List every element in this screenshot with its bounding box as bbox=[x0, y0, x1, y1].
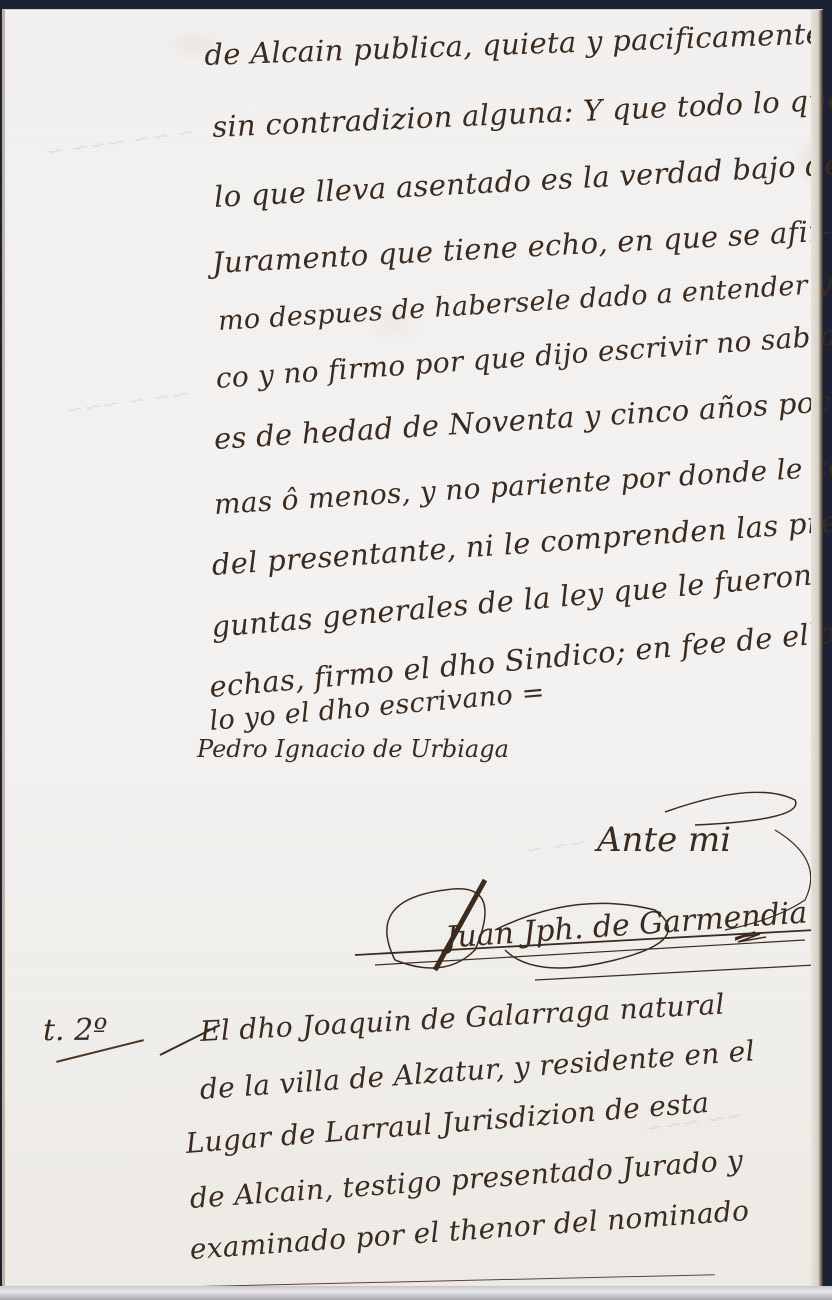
text-line: lo que lleva asentado es la verdad bajo … bbox=[213, 147, 832, 214]
bleed-through: ~ ~~ ~~~ ~ bbox=[44, 120, 196, 166]
notary-signature-block: Ante mi Juan Jph. de Garmendia bbox=[335, 780, 825, 1000]
manuscript-page: ~ ~~ ~~~ ~ ~~ ~ ~~~ ~~~ ~~ ~ ~~ ~~~ de A… bbox=[2, 9, 823, 1292]
margin-witness-number: t. 2º bbox=[43, 1013, 107, 1048]
page-binding-edge bbox=[811, 10, 823, 1292]
signature-flourish-icon bbox=[335, 780, 825, 1000]
document-scan: ~ ~~ ~~~ ~ ~~ ~ ~~~ ~~~ ~~ ~ ~~ ~~~ de A… bbox=[0, 0, 832, 1300]
witness-signature: Pedro Ignacio de Urbiaga bbox=[197, 735, 509, 763]
text-line: mas ô menos, y no pariente por donde le … bbox=[213, 447, 832, 521]
text-line: Juramento que tiene echo, en que se afir… bbox=[211, 214, 832, 280]
underlying-pages-edge bbox=[0, 1286, 832, 1300]
text-line: sin contradizion alguna: Y que todo lo q… bbox=[212, 82, 832, 144]
text-line: es de hedad de Noventa y cinco años poco bbox=[213, 383, 832, 456]
text-line: de Alcain publica, quieta y pacificament… bbox=[204, 16, 824, 72]
bleed-through: ~~ ~ ~~~ bbox=[64, 381, 191, 423]
